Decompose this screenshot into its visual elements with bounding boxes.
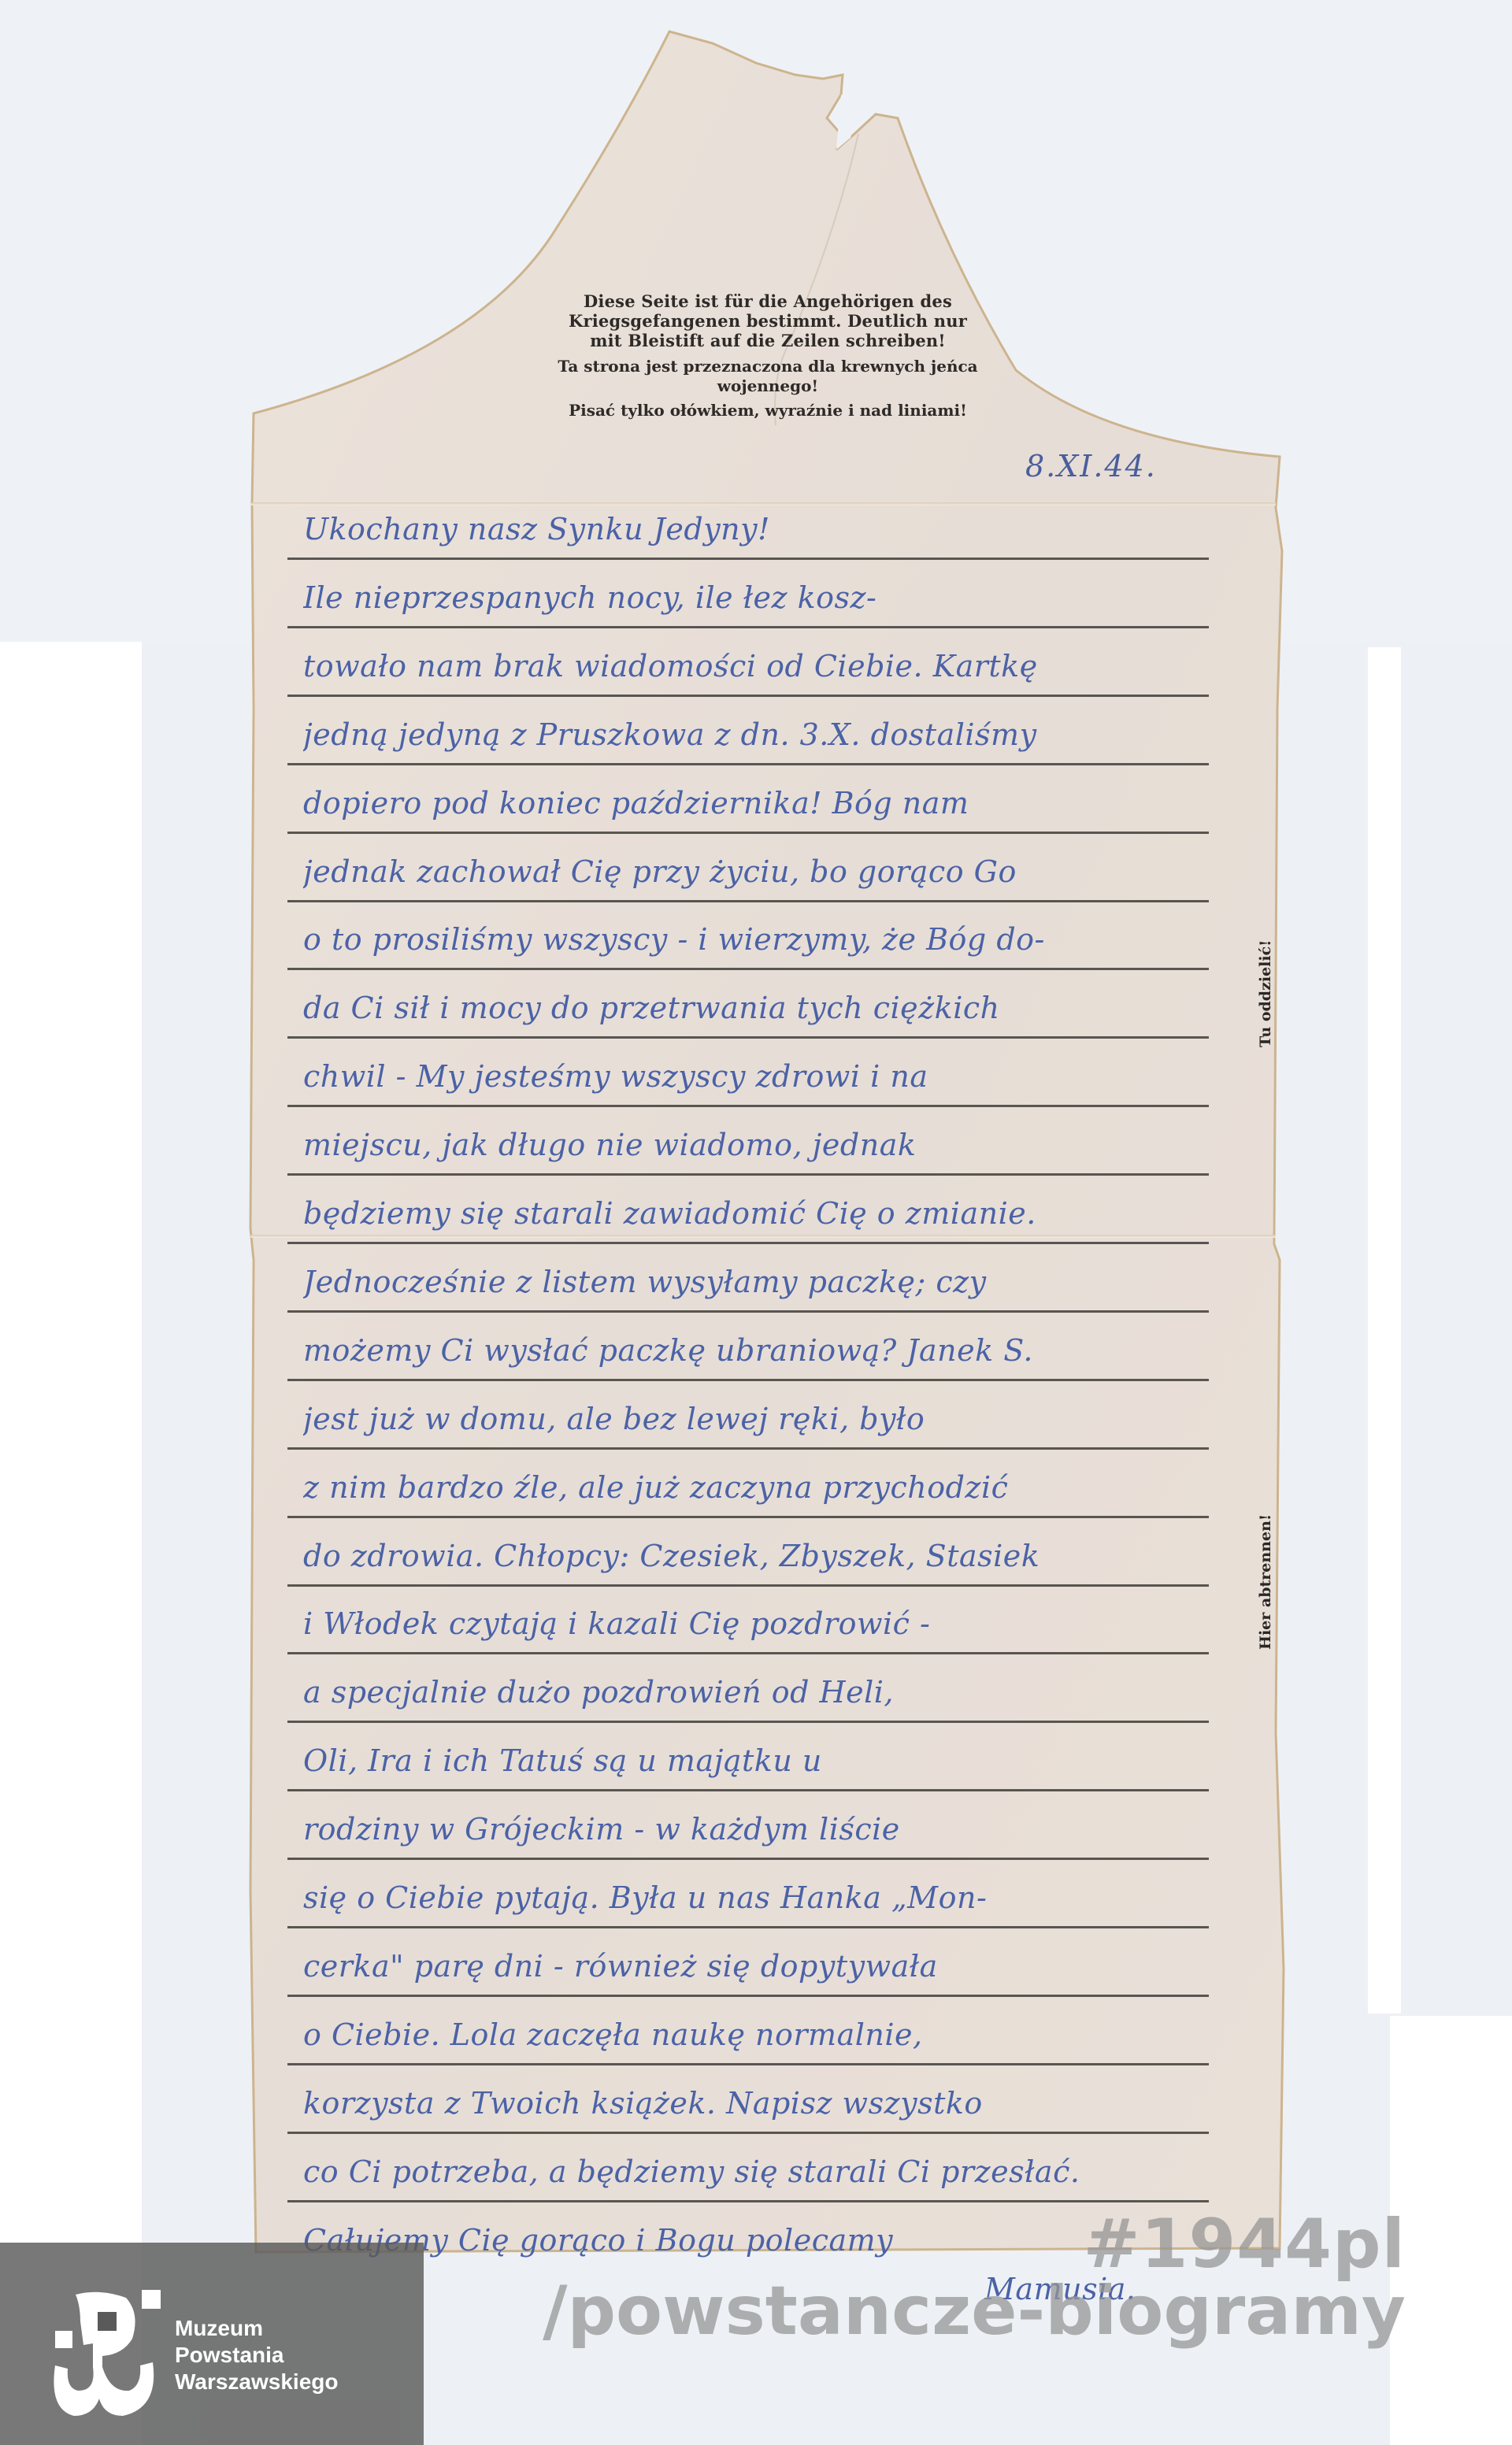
handwritten-line: a specjalnie dużo pozdrowień od Heli, xyxy=(303,1675,1272,1710)
handwritten-line: miejscu, jak długo nie wiadomo, jednak xyxy=(303,1128,1272,1162)
instruction-german-2: Kriegsgefangenen bestimmt. Deutlich nur xyxy=(260,311,1276,331)
handwritten-line: się o Ciebie pytają. Była u nas Hanka „M… xyxy=(303,1880,1272,1915)
logo-name-line2: Powstania xyxy=(175,2342,338,2369)
handwritten-line: chwil - My jesteśmy wszyscy zdrowi i na xyxy=(303,1059,1272,1094)
ruled-line xyxy=(287,1105,1209,1107)
instruction-polish-1: Ta strona jest przeznaczona dla krewnych… xyxy=(260,357,1276,376)
handwritten-line: Jednocześnie z listem wysyłamy paczkę; c… xyxy=(303,1265,1272,1299)
ruled-line xyxy=(287,1995,1209,1997)
ruled-line xyxy=(287,695,1209,697)
museum-logo: Muzeum Powstania Warszawskiego xyxy=(0,2243,424,2445)
handwritten-line: Ukochany nasz Synku Jedyny! xyxy=(303,512,1272,546)
handwritten-line: do zdrowia. Chłopcy: Czesiek, Zbyszek, S… xyxy=(303,1539,1272,1573)
logo-name-line1: Muzeum xyxy=(175,2315,338,2342)
side-label-cut-here-polish: Tu oddzielić! xyxy=(1257,939,1274,1047)
handwritten-line: jedną jedyną z Pruszkowa z dn. 3.X. dost… xyxy=(303,717,1272,752)
handwritten-line: jest już w domu, ale bez lewej ręki, był… xyxy=(303,1402,1272,1436)
ruled-line xyxy=(287,1858,1209,1860)
handwritten-line: cerka" parę dni - również się dopytywała xyxy=(303,1949,1272,1984)
handwritten-line: da Ci sił i mocy do przetrwania tych cię… xyxy=(303,991,1272,1025)
ruled-line xyxy=(287,1242,1209,1244)
handwritten-line: będziemy się starali zawiadomić Cię o zm… xyxy=(303,1196,1272,1231)
ruled-line xyxy=(287,1789,1209,1791)
ruled-line xyxy=(287,558,1209,560)
instruction-german-3: mit Bleistift auf die Zeilen schreiben! xyxy=(260,331,1276,350)
paper-fold-line xyxy=(250,1235,1276,1238)
ruled-line xyxy=(287,2063,1209,2065)
handwritten-line: i Włodek czytają i kazali Cię pozdrowić … xyxy=(303,1606,1272,1641)
letter-date: 8.XI.44. xyxy=(1025,449,1157,483)
ruled-line xyxy=(287,900,1209,902)
ruled-line xyxy=(287,1516,1209,1518)
ruled-line xyxy=(287,1652,1209,1654)
ruled-line xyxy=(287,968,1209,970)
ruled-line xyxy=(287,1926,1209,1928)
handwritten-line: o to prosiliśmy wszyscy - i wierzymy, że… xyxy=(303,922,1272,957)
ruled-line xyxy=(287,1447,1209,1450)
paper-fold-line xyxy=(250,502,1276,506)
handwritten-line: dopiero pod koniec października! Bóg nam xyxy=(303,786,1272,821)
handwritten-line: Oli, Ira i ich Tatuś są u majątku u xyxy=(303,1743,1272,1778)
side-label-cut-here-german: Hier abtrennen! xyxy=(1257,1514,1274,1650)
ruled-line xyxy=(287,1584,1209,1587)
ruled-line xyxy=(287,1036,1209,1039)
kotwica-anchor-icon xyxy=(54,2290,164,2416)
handwritten-line: Ile nieprzespanych nocy, ile łez kosz- xyxy=(303,580,1272,615)
ruled-line xyxy=(287,1379,1209,1381)
instruction-german-1: Diese Seite ist für die Angehörigen des xyxy=(260,291,1276,311)
handwritten-line: korzysta z Twoich książek. Napisz wszyst… xyxy=(303,2086,1272,2121)
handwritten-line: możemy Ci wysłać paczkę ubraniową? Janek… xyxy=(303,1333,1272,1368)
instruction-polish-3: Pisać tylko ołówkiem, wyraźnie i nad lin… xyxy=(260,401,1276,420)
ruled-line xyxy=(287,1721,1209,1723)
handwritten-line: z nim bardzo źle, ale już zaczyna przych… xyxy=(303,1470,1272,1505)
ruled-line xyxy=(287,626,1209,628)
handwritten-line: rodziny w Grójeckim - w każdym liście xyxy=(303,1812,1272,1847)
handwritten-line: towało nam brak wiadomości od Ciebie. Ka… xyxy=(303,649,1272,683)
handwritten-line: co Ci potrzeba, a będziemy się starali C… xyxy=(303,2154,1272,2189)
handwritten-line: jednak zachował Cię przy życiu, bo gorąc… xyxy=(303,854,1272,889)
ruled-line xyxy=(287,832,1209,834)
ruled-line xyxy=(287,1310,1209,1313)
ruled-line xyxy=(287,2200,1209,2202)
ruled-line xyxy=(287,1173,1209,1176)
ruled-line xyxy=(287,763,1209,765)
handwritten-line: o Ciebie. Lola zaczęła naukę normalnie, xyxy=(303,2017,1272,2052)
watermark-path: /powstancze-biogramy xyxy=(543,2272,1406,2351)
printed-instructions: Diese Seite ist für die Angehörigen des … xyxy=(260,291,1276,420)
logo-name-line3: Warszawskiego xyxy=(175,2369,338,2395)
ruled-line xyxy=(287,2132,1209,2134)
instruction-polish-2: wojennego! xyxy=(260,376,1276,396)
